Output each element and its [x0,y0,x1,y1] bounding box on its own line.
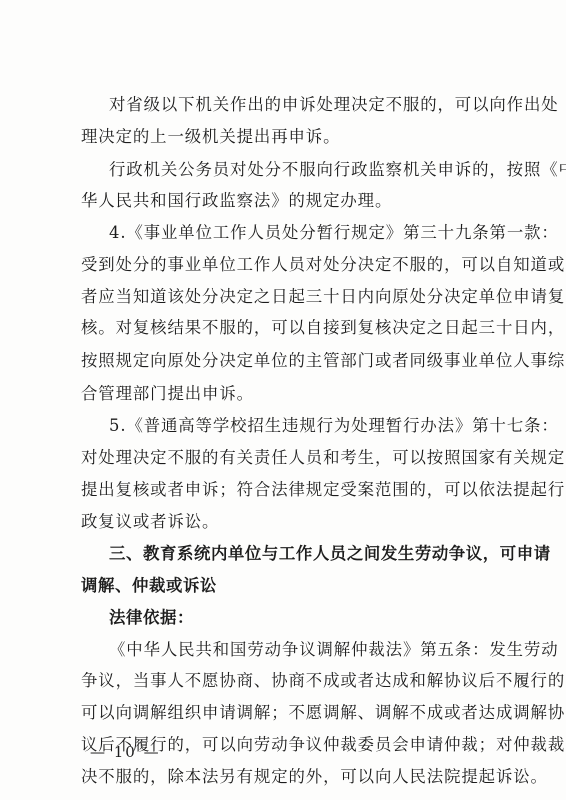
paragraph-line: 政复议或者诉讼。 [81,512,511,532]
document-page: 对省级以下机关作出的申诉处理决定不服的，可以向作出处 理决定的上一级机关提出再申… [0,0,566,800]
paragraph-line: 4.《事业单位工作人员处分暂行规定》第三十九条第一款： [109,223,511,243]
page-number: — 10 — [90,742,161,762]
paragraph-line: 对省级以下机关作出的申诉处理决定不服的，可以向作出处 [109,95,511,115]
paragraph-line: 核。对复核结果不服的，可以自接到复核决定之日起三十日内， [81,318,511,338]
paragraph-line: 合管理部门提出申诉。 [81,384,511,404]
paragraph-line: 对处理决定不服的有关责任人员和考生，可以按照国家有关规定 [81,448,511,468]
paragraph-line: 受到处分的事业单位工作人员对处分决定不服的，可以自知道或 [81,255,511,275]
section-heading-line: 三、教育系统内单位与工作人员之间发生劳动争议，可申请 [109,544,511,564]
paragraph-line: 提出复核或者申诉；符合法律规定受案范围的，可以依法提起行 [81,480,511,500]
paragraph-line: 者应当知道该处分决定之日起三十日内向原处分决定单位申请复 [81,287,511,307]
paragraph-line: 5.《普通高等学校招生违规行为处理暂行办法》第十七条： [109,416,511,436]
paragraph-line: 决不服的，除本法另有规定的外，可以向人民法院提起诉讼。 [81,767,511,787]
legal-basis-label: 法律依据： [109,608,511,628]
paragraph-line: 可以向调解组织申请调解；不愿调解、调解不成或者达成调解协 [81,703,511,723]
section-heading-line: 调解、仲裁或诉讼 [81,576,511,596]
paragraph-line: 华人民共和国行政监察法》的规定办理。 [81,191,511,211]
paragraph-line: 《中华人民共和国劳动争议调解仲裁法》第五条：发生劳动 [109,640,511,660]
paragraph-line: 争议，当事人不愿协商、协商不成或者达成和解协议后不履行的， [81,671,511,691]
paragraph-line: 行政机关公务员对处分不服向行政监察机关申诉的，按照《中 [109,160,511,180]
paragraph-line: 按照规定向原处分决定单位的主管部门或者同级事业单位人事综 [81,351,511,371]
paragraph-line: 理决定的上一级机关提出再申诉。 [81,127,511,147]
